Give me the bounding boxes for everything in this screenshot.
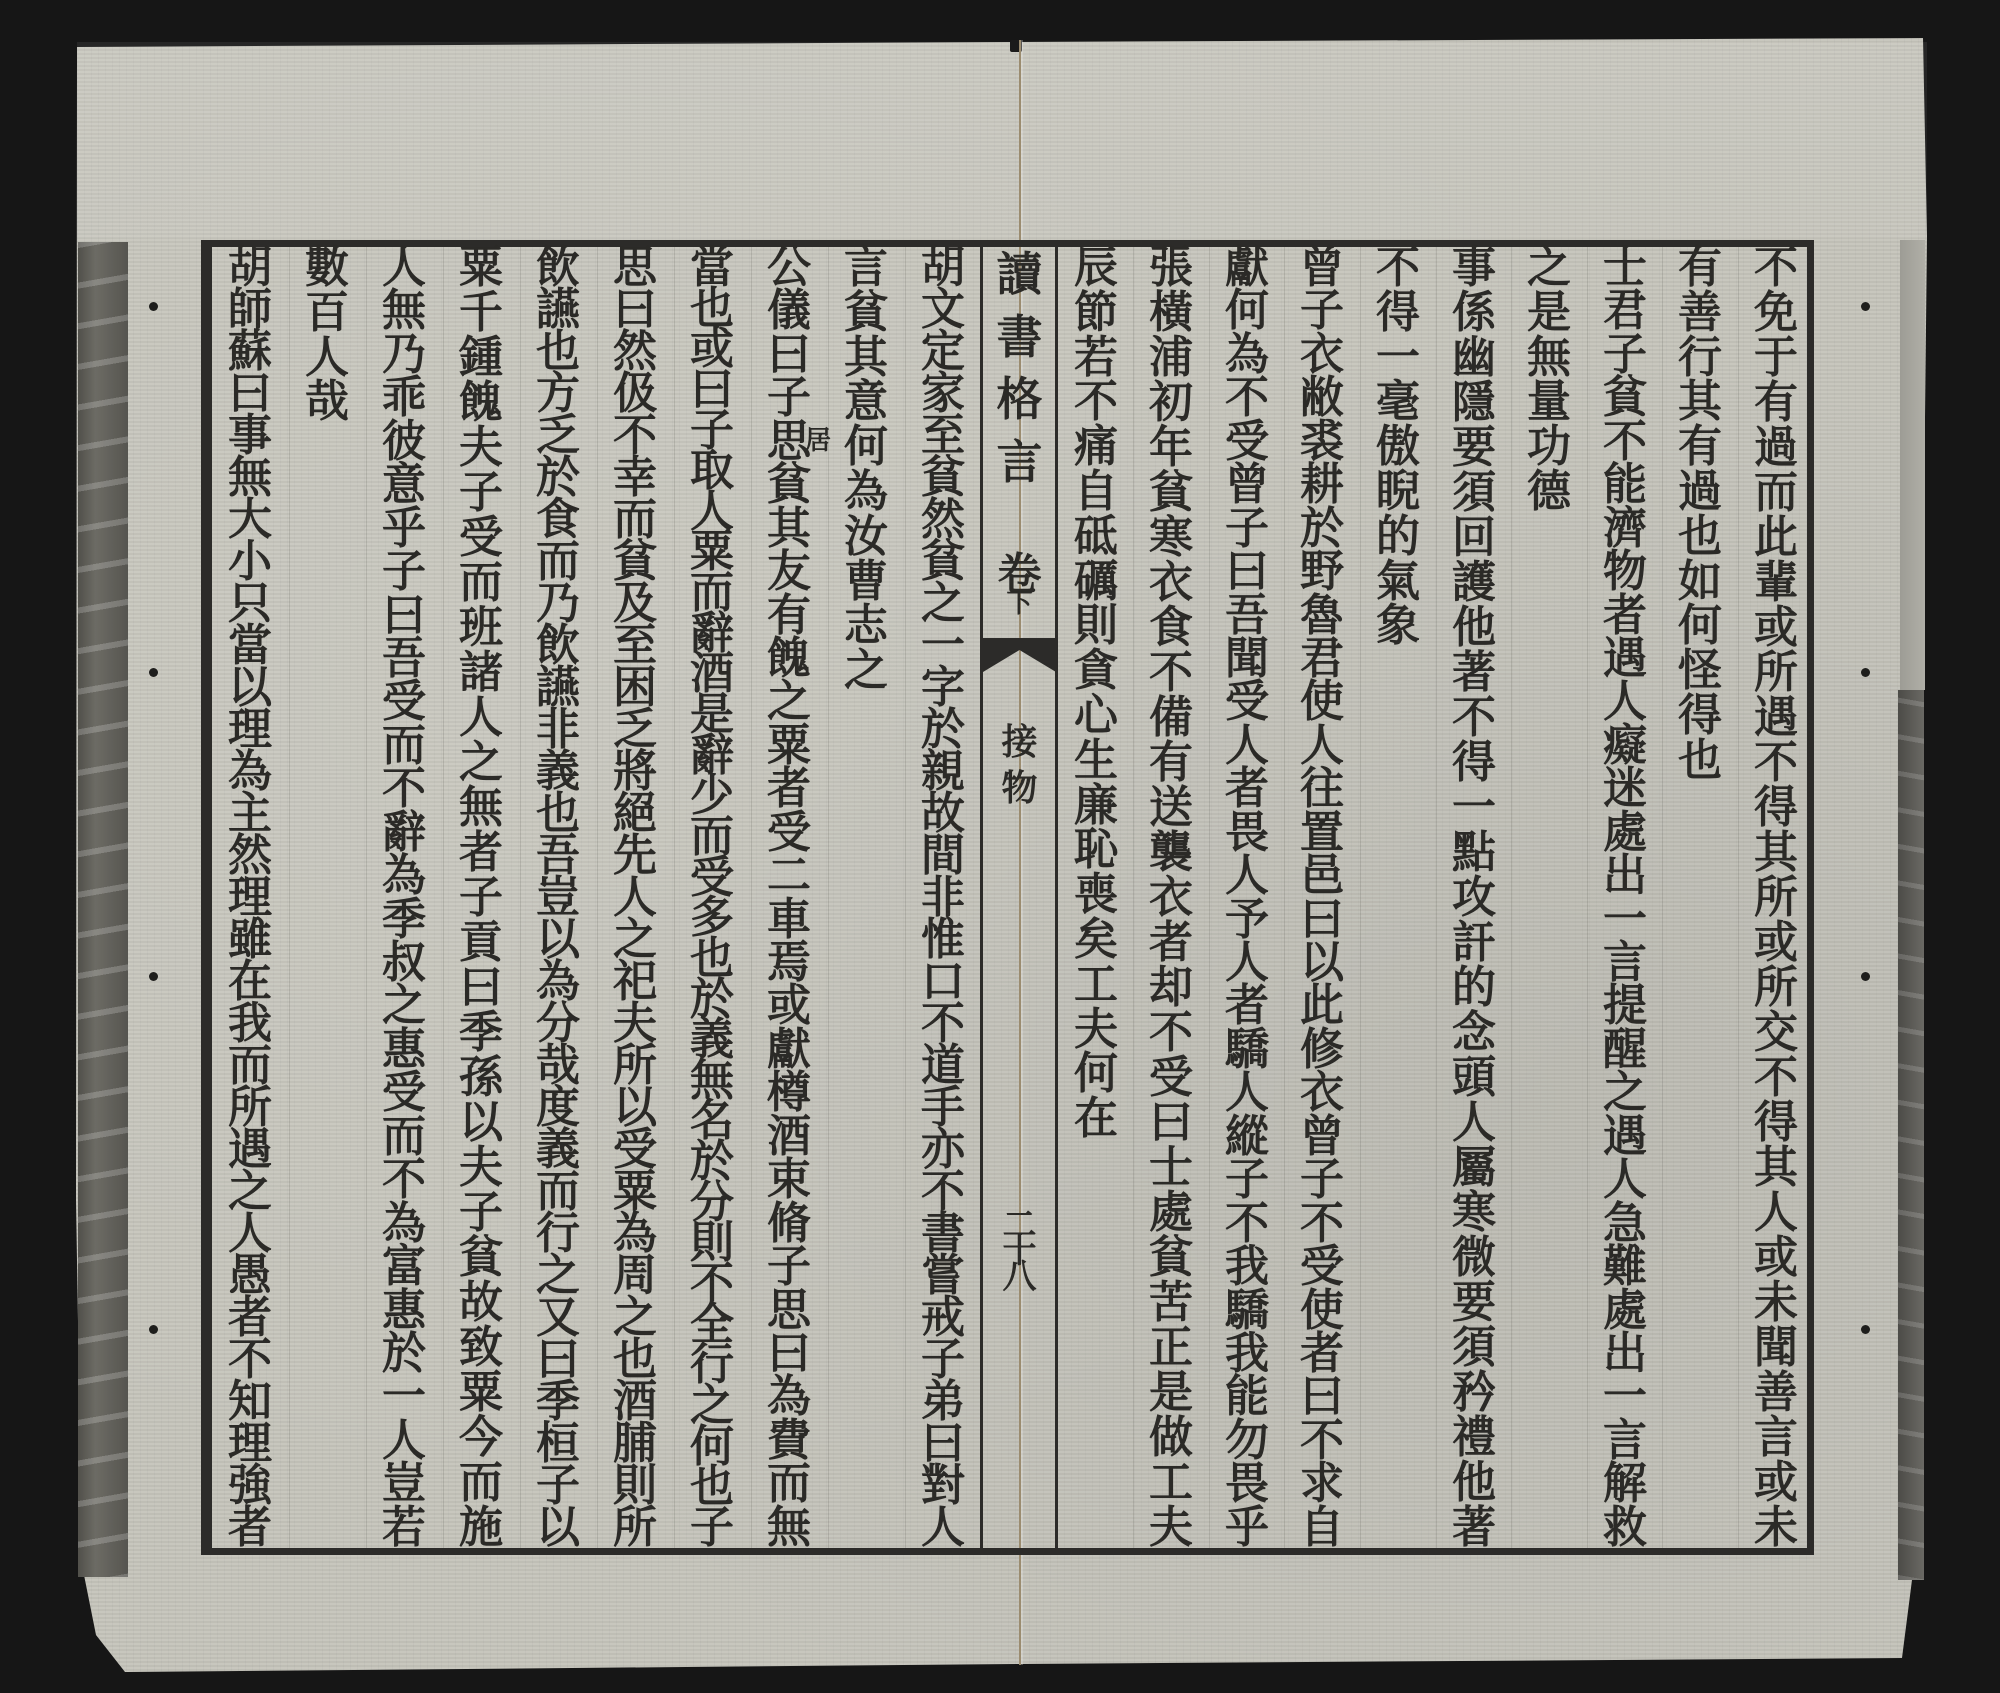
character: 於 (520, 458, 596, 498)
character: 孫 (443, 1058, 519, 1098)
character: 氣 (1360, 562, 1436, 602)
character: 義 (520, 752, 596, 792)
character: 貧 (1133, 1238, 1209, 1278)
character: 不 (597, 416, 673, 456)
margin-dot (149, 668, 158, 677)
character: 為 (1209, 335, 1285, 375)
character: 須 (1436, 1328, 1512, 1368)
character: 惠 (366, 1030, 442, 1070)
character: 餽 (443, 383, 519, 423)
character: 惠 (366, 1291, 442, 1331)
character: 以 (443, 1103, 519, 1143)
character: 者 (443, 833, 519, 873)
character: 友 (751, 552, 827, 592)
right-edge-upper (1900, 240, 1925, 690)
character: 當 (674, 248, 750, 288)
character: 主 (212, 794, 288, 834)
character: 子 (674, 1508, 750, 1548)
character: 班 (443, 608, 519, 648)
character: 曰 (597, 290, 673, 330)
margin-dot (149, 1325, 158, 1334)
character: 粟 (443, 248, 519, 288)
character: 手 (905, 1088, 981, 1128)
character: 子 (905, 1340, 981, 1380)
character: 做 (1133, 1418, 1209, 1458)
character: 獻 (751, 1030, 827, 1070)
character: 夫 (443, 1148, 519, 1188)
character: 喪 (1058, 875, 1134, 915)
character: 交 (1738, 1013, 1814, 1053)
character: 畏 (1209, 813, 1285, 853)
character: 口 (905, 962, 981, 1002)
character: 度 (520, 1088, 596, 1128)
character: 正 (1133, 1328, 1209, 1368)
text-column: 不免于有過而此輩或所遇不得其所或所交不得其人或未聞善言或未 (1738, 248, 1814, 1548)
character: 讌 (520, 290, 596, 330)
character: 得 (1738, 1103, 1814, 1143)
character: 不 (1587, 422, 1663, 462)
character: 能 (1587, 465, 1663, 505)
character: 子 (1284, 291, 1360, 331)
character: 輩 (1738, 563, 1814, 603)
character: 豈 (366, 1464, 442, 1504)
character: 為 (751, 1377, 827, 1417)
character: 要 (1436, 428, 1512, 468)
character: 處 (1133, 1193, 1209, 1233)
character: 過 (1662, 472, 1738, 512)
character: 自 (1284, 1508, 1360, 1548)
character: 他 (1436, 1463, 1512, 1503)
character: 人 (1209, 856, 1285, 896)
character: 曰 (520, 1340, 596, 1380)
character: 不 (1738, 1058, 1814, 1098)
character: 辭 (366, 813, 442, 853)
character: 車 (751, 900, 827, 940)
character: 以 (212, 668, 288, 708)
character: 德 (1511, 472, 1587, 512)
character: 耕 (1284, 465, 1360, 505)
character: 之 (905, 584, 981, 624)
character: 之 (1587, 1073, 1663, 1113)
character: 野 (1284, 552, 1360, 592)
character: 念 (1436, 1013, 1512, 1053)
character: 救 (1587, 1508, 1663, 1548)
character: 於 (1284, 509, 1360, 549)
character: 置 (1284, 813, 1360, 853)
character: 者 (751, 769, 827, 809)
character: 何 (1209, 291, 1285, 331)
character: 邑 (1284, 856, 1360, 896)
text-column: 獻何為不受曾子曰吾聞受人者畏人予人者驕人縱子不我驕我能勿畏乎 (1209, 248, 1285, 1548)
character: 年 (1133, 428, 1209, 468)
character: 曰 (1209, 552, 1285, 592)
character: 有 (1662, 427, 1738, 467)
text-column: 張橫浦初年貧寒衣食不備有送襲衣者却不受曰士處貧苦正是做工夫 (1133, 248, 1209, 1548)
character: 理 (212, 710, 288, 750)
character: 不 (1284, 1421, 1360, 1461)
character: 無 (1511, 338, 1587, 378)
character: 此 (1738, 518, 1814, 558)
character: 乏 (597, 710, 673, 750)
character: 餽 (751, 639, 827, 679)
character: 有 (1133, 743, 1209, 783)
character: 意 (828, 382, 904, 422)
character: 及 (597, 584, 673, 624)
character: 未 (1738, 1283, 1814, 1323)
character: 著 (1436, 653, 1512, 693)
character: 其 (828, 338, 904, 378)
character: 酒 (751, 1117, 827, 1157)
character: 曰 (751, 1334, 827, 1374)
character: 其 (1738, 833, 1814, 873)
character: 人 (597, 878, 673, 918)
character: 以 (520, 920, 596, 960)
character: 矣 (1058, 920, 1134, 960)
character: 工 (1133, 1463, 1209, 1503)
character: 不 (1738, 248, 1814, 288)
character: 而 (520, 542, 596, 582)
margin-dot (1861, 302, 1870, 311)
character: 桓 (520, 1424, 596, 1464)
character: 方 (520, 374, 596, 414)
character: 怪 (1662, 651, 1738, 691)
character: 曰 (674, 370, 750, 410)
character: 子 (443, 1193, 519, 1233)
character: 不 (1738, 743, 1814, 783)
character: 而 (212, 1046, 288, 1086)
character: 季 (366, 900, 442, 940)
margin-dot (1861, 1325, 1870, 1334)
character: 則 (597, 1466, 673, 1506)
character: 士 (1587, 248, 1663, 288)
character: 衣 (1133, 878, 1209, 918)
text-column: 人無乃乖彼意乎子曰吾受而不辭為季叔之惠受而不為富惠於一人豈若 (366, 248, 442, 1548)
character: 礪 (1058, 562, 1134, 602)
character: 豈 (520, 878, 596, 918)
character: 量 (1511, 382, 1587, 422)
character: 乎 (366, 509, 442, 549)
character: 酒 (597, 1382, 673, 1422)
section-label: 接物 (983, 722, 1056, 808)
character: 對 (905, 1466, 981, 1506)
character: 人 (289, 338, 365, 378)
character: 絕 (597, 794, 673, 834)
character: 乖 (366, 378, 442, 418)
character: 而 (443, 1463, 519, 1503)
character: 粟 (597, 1172, 673, 1212)
character: 是 (1133, 1373, 1209, 1413)
character: 子 (1209, 1160, 1285, 1200)
character: 聞 (1738, 1328, 1814, 1368)
character: 致 (443, 1328, 519, 1368)
character: 之 (751, 682, 827, 722)
character: 八 (983, 1264, 1056, 1290)
character: 食 (1133, 608, 1209, 648)
character: 難 (1587, 1247, 1663, 1287)
character: 張 (1133, 248, 1209, 288)
character: 不 (1058, 382, 1134, 422)
margin-dot (149, 302, 158, 311)
character: 之 (212, 1172, 288, 1212)
left-edge-rubbing (78, 242, 128, 1577)
character: 二 (751, 856, 827, 896)
character: 受 (1209, 682, 1285, 722)
character: 者 (212, 1508, 288, 1548)
character: 粟 (443, 1373, 519, 1413)
character: 言 (1587, 1421, 1663, 1461)
character: 頭 (1436, 1058, 1512, 1098)
character: 送 (1133, 788, 1209, 828)
character: 此 (1284, 986, 1360, 1026)
character: 吾 (520, 836, 596, 876)
character: 小 (212, 542, 288, 582)
character: 愚 (212, 1256, 288, 1296)
character: 生 (1058, 741, 1134, 781)
character: 子 (443, 473, 519, 513)
character: 有 (1662, 248, 1738, 288)
character: 胡 (905, 248, 981, 288)
character: 戒 (905, 1298, 981, 1338)
character: 夫 (443, 428, 519, 468)
character: 能 (1209, 1377, 1285, 1417)
character: 道 (905, 1046, 981, 1086)
character: 提 (1587, 986, 1663, 1026)
character: 之 (366, 986, 442, 1026)
character: 為 (212, 752, 288, 792)
character: 回 (1436, 518, 1512, 558)
character: 濟 (1587, 509, 1663, 549)
character: 不 (366, 1160, 442, 1200)
character: 讀 (983, 252, 1056, 296)
character: 則 (1058, 606, 1134, 646)
character: 而 (443, 563, 519, 603)
character: 書 (983, 315, 1056, 359)
character: 於 (905, 710, 981, 750)
character: 困 (597, 668, 673, 708)
character: 諸 (443, 653, 519, 693)
character: 受 (751, 813, 827, 853)
text-column: 曾子衣敝裘耕於野魯君使人往置邑曰以此修衣曾子不受使者曰不求自 (1284, 248, 1360, 1548)
character: 曰 (212, 374, 288, 414)
character: 非 (520, 710, 596, 750)
character: 至 (905, 416, 981, 456)
character: 當 (212, 626, 288, 666)
character: 不 (905, 1172, 981, 1212)
character: 之 (597, 920, 673, 960)
character: 親 (905, 752, 981, 792)
character: 分 (520, 1004, 596, 1044)
character: 言 (983, 440, 1056, 484)
character: 其 (751, 509, 827, 549)
character: 志 (828, 606, 904, 646)
text-column: 胡文定家至貧然貧之一字於親故間非惟口不道手亦不書嘗戒子弟曰對人 (905, 248, 981, 1548)
character: 以 (1284, 943, 1360, 983)
character: 鍾 (443, 338, 519, 378)
character: 者 (1587, 596, 1663, 636)
character: 受 (366, 682, 442, 722)
character: 粟 (751, 726, 827, 766)
text-column: 之是無量功德 (1511, 248, 1587, 1548)
character: 曹 (828, 562, 904, 602)
character: 也 (520, 332, 596, 372)
character: 之 (828, 651, 904, 691)
character: 橫 (1133, 293, 1209, 333)
character: 一 (1436, 788, 1512, 828)
text-column: 辰節若不痛自砥礪則貪心生廉恥喪矣工夫何在 (1058, 248, 1134, 1548)
volume-label: 卷下 (983, 550, 1056, 632)
character: 備 (1133, 698, 1209, 738)
character: 雖 (212, 920, 288, 960)
character: 在 (1058, 1099, 1134, 1139)
character: 不 (1133, 1013, 1209, 1053)
character: 也 (597, 1340, 673, 1380)
character: 貧 (905, 458, 981, 498)
character: 人 (212, 1214, 288, 1254)
character: 曰 (366, 596, 442, 636)
character: 飲 (520, 626, 596, 666)
character: 也 (520, 794, 596, 834)
character: 夫 (597, 1004, 673, 1044)
character: 是 (1511, 293, 1587, 333)
character: 曰 (1284, 1377, 1360, 1417)
character: 言 (1587, 943, 1663, 983)
character: 不 (366, 769, 442, 809)
character: 曾 (1284, 248, 1360, 288)
character: 受 (597, 1130, 673, 1170)
character: 子 (1209, 509, 1285, 549)
character: 所 (1738, 653, 1814, 693)
character: 而 (597, 500, 673, 540)
character: 寒 (1133, 518, 1209, 558)
character: 衣 (1284, 1073, 1360, 1113)
character: 自 (1058, 472, 1134, 512)
character: 曰 (1284, 900, 1360, 940)
character: 未 (1738, 1508, 1814, 1548)
character: 善 (1662, 293, 1738, 333)
character: 格 (983, 377, 1056, 421)
character: 他 (1436, 608, 1512, 648)
character: 理 (212, 878, 288, 918)
character: 而 (674, 817, 750, 857)
character: 曰 (443, 968, 519, 1008)
character: 廉 (1058, 786, 1134, 826)
text-column: 當也或曰子取人粟而辭酒是辭少而受多也於義無名於分則不全行之何也子 (674, 248, 750, 1548)
character: 驕 (1209, 1030, 1285, 1070)
character: 我 (212, 1004, 288, 1044)
character: 護 (1436, 563, 1512, 603)
margin-dot (149, 972, 158, 981)
character: 者 (1133, 923, 1209, 963)
character: 一 (1587, 900, 1663, 940)
character: 子 (751, 1247, 827, 1287)
character: 而 (520, 1172, 596, 1212)
character: 人 (1436, 1103, 1512, 1143)
character: 無 (366, 291, 442, 331)
character: 却 (1133, 968, 1209, 1008)
character: 何 (1058, 1054, 1134, 1094)
character: 處 (1587, 1291, 1663, 1331)
character: 不 (1209, 378, 1285, 418)
character: 無 (443, 788, 519, 828)
character: 心 (1058, 696, 1134, 736)
character: 驕 (1209, 1291, 1285, 1331)
character: 叔 (366, 943, 442, 983)
character: 蘇 (212, 332, 288, 372)
character: 貧 (751, 465, 827, 505)
character: 恥 (1058, 830, 1134, 870)
character: 師 (212, 290, 288, 330)
character: 善 (1738, 1373, 1814, 1413)
character: 接 (983, 722, 1056, 762)
character: 訐 (1436, 923, 1512, 963)
character: 物 (1587, 552, 1663, 592)
character: 乏 (520, 416, 596, 456)
character: 所 (597, 1046, 673, 1086)
character: 禮 (1436, 1418, 1512, 1458)
character: 所 (212, 1088, 288, 1128)
character: 痛 (1058, 427, 1134, 467)
character: 為 (520, 962, 596, 1002)
margin-dot (1861, 668, 1870, 677)
character: 人 (1209, 943, 1285, 983)
character: 言 (828, 248, 904, 288)
character: 儀 (751, 291, 827, 331)
character: 的 (1360, 517, 1436, 557)
character: 人 (1587, 682, 1663, 722)
character: 無 (751, 1508, 827, 1548)
character: 辰 (1058, 248, 1134, 288)
character: 子 (443, 878, 519, 918)
character: 遇 (212, 1130, 288, 1170)
character: 不 (905, 1004, 981, 1044)
character: 君 (1284, 639, 1360, 679)
character: 或 (751, 986, 827, 1026)
character: 須 (1436, 473, 1512, 513)
character: 數 (289, 248, 365, 288)
character: 其 (1738, 1148, 1814, 1188)
character: 幸 (597, 458, 673, 498)
character: 人 (1209, 726, 1285, 766)
character: 過 (1738, 428, 1814, 468)
text-column: 思曰然伋不幸而貧及至困乏將絕先人之祀夫所以受粟為周之也酒脯則所 (597, 248, 673, 1548)
page-number: 二十八 (983, 1212, 1056, 1290)
character: 者 (1284, 1334, 1360, 1374)
character: 使 (1284, 682, 1360, 722)
character: 遇 (1587, 639, 1663, 679)
character: 不 (212, 1340, 288, 1380)
character: 貧 (597, 542, 673, 582)
character: 汝 (828, 517, 904, 557)
character: 功 (1511, 427, 1587, 467)
character: 先 (597, 836, 673, 876)
character: 受 (443, 518, 519, 558)
text-column: 事係幽隱要須回護他著不得一點攻訐的念頭人屬寒微要須矜禮他著 (1436, 248, 1512, 1548)
character: 有 (751, 596, 827, 636)
character: 貪 (1058, 651, 1134, 691)
character: 傲 (1360, 427, 1436, 467)
character: 勿 (1209, 1421, 1285, 1461)
character: 敝 (1284, 378, 1360, 418)
character: 也 (674, 939, 750, 979)
character: 節 (1058, 293, 1134, 333)
right-edge-rubbing (1898, 690, 1924, 1580)
character: 乎 (1209, 1508, 1285, 1548)
character: 工 (1058, 965, 1134, 1005)
character: 或 (1738, 1463, 1814, 1503)
character: 寒 (1436, 1193, 1512, 1233)
character: 一 (905, 626, 981, 666)
character: 睨 (1360, 472, 1436, 512)
